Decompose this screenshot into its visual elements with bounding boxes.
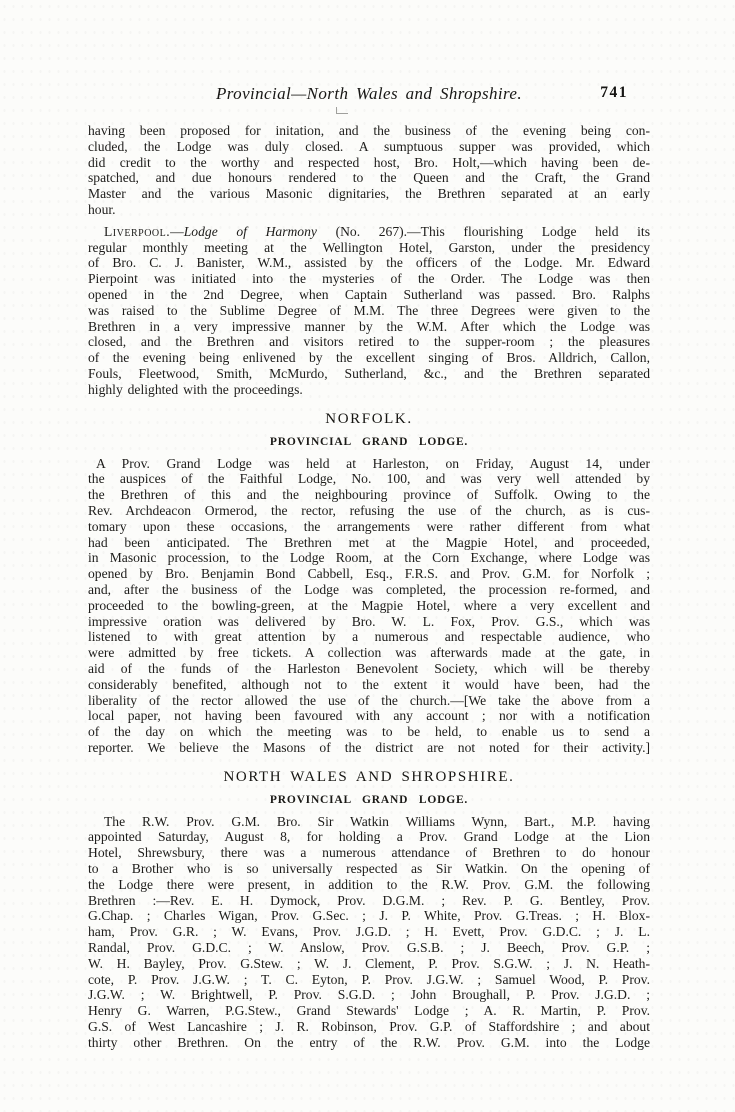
- paragraph: The R.W. Prov. G.M. Bro. Sir Watkin Will…: [88, 814, 650, 1051]
- section-subheading: PROVINCIAL GRAND LODGE.: [88, 794, 650, 806]
- scanned-page: Provincial—North Wales and Shropshire. 7…: [0, 0, 735, 1112]
- text-block: Provincial—North Wales and Shropshire. 7…: [88, 84, 650, 1057]
- section-subheading: PROVINCIAL GRAND LODGE.: [88, 436, 650, 448]
- text-line: regular monthly meeting at the Wellingto…: [88, 240, 650, 256]
- text-line: impressive oration was delivered by Bro.…: [88, 614, 650, 630]
- paragraph: A Prov. Grand Lodge was held at Harlesto…: [88, 456, 650, 756]
- text-line: aid of the funds of the Harleston Benevo…: [88, 661, 650, 677]
- text-line: opened in the 2nd Degree, when Captain S…: [88, 287, 650, 303]
- text-line: G.Chap. ; Charles Wigan, Prov. G.Sec. ; …: [88, 908, 650, 924]
- text-line: cote, P. Prov. J.G.W. ; T. C. Eyton, P. …: [88, 972, 650, 988]
- text-line: Brethren in a very impressive manner by …: [88, 319, 650, 335]
- text-line: ham, Prov. G.R. ; W. Evans, Prov. J.G.D.…: [88, 924, 650, 940]
- text-line: closed, and the Brethren and visitors re…: [88, 334, 650, 350]
- text-line: reporter. We believe the Masons of the d…: [88, 740, 650, 756]
- text-line: thirty other Brethren. On the entry of t…: [88, 1035, 650, 1051]
- text-line: proceeded to the bowling-green, at the M…: [88, 598, 650, 614]
- article-section: having been proposed for initation, and …: [88, 123, 650, 398]
- text-line: and, after the business of the Lodge was…: [88, 582, 650, 598]
- text-line: hour.: [88, 202, 650, 218]
- body-text: having been proposed for initation, and …: [88, 123, 650, 1051]
- text-line: tomary upon these occasions, the arrange…: [88, 519, 650, 535]
- page-number: 741: [600, 84, 628, 102]
- plain-text: (No. 267).—This flourishing Lodge held i…: [317, 224, 650, 239]
- plain-text: —: [170, 224, 184, 239]
- text-line: Master and the various Masonic dignitari…: [88, 186, 650, 202]
- text-line: having been proposed for initation, and …: [88, 123, 650, 139]
- text-line: Liverpool.—Lodge of Harmony (No. 267).—T…: [88, 224, 650, 240]
- article-section: NORTH WALES AND SHROPSHIRE.PROVINCIAL GR…: [88, 769, 650, 1051]
- text-line: had been anticipated. The Brethren met a…: [88, 535, 650, 551]
- lodge-town-smallcaps: Liverpool.: [104, 224, 170, 239]
- text-line: of the evening being enlivened by the ex…: [88, 350, 650, 366]
- scan-artifact: [336, 107, 348, 114]
- text-line: listened to with great attention by a nu…: [88, 629, 650, 645]
- text-line: highly delighted with the proceedings.: [88, 382, 650, 398]
- paragraph: Liverpool.—Lodge of Harmony (No. 267).—T…: [88, 224, 650, 398]
- text-line: G.S. of West Lancashire ; J. R. Robinson…: [88, 1019, 650, 1035]
- text-line: The R.W. Prov. G.M. Bro. Sir Watkin Will…: [88, 814, 650, 830]
- lodge-name-italic: Lodge of Harmony: [184, 224, 317, 239]
- running-title: Provincial—North Wales and Shropshire.: [88, 84, 650, 104]
- text-line: liberality of the rector allowed the use…: [88, 693, 650, 709]
- text-line: W. H. Bayley, Prov. G.Stew. ; W. J. Clem…: [88, 956, 650, 972]
- text-line: local paper, not having been favoured wi…: [88, 708, 650, 724]
- text-line: Henry G. Warren, P.G.Stew., Grand Stewar…: [88, 1003, 650, 1019]
- text-line: Rev. Archdeacon Ormerod, the rector, ref…: [88, 503, 650, 519]
- text-line: opened by Bro. Benjamin Bond Cabbell, Es…: [88, 566, 650, 582]
- text-line: cluded, the Lodge was duly closed. A sum…: [88, 139, 650, 155]
- text-line: Fouls, Fleetwood, Smith, McMurdo, Suther…: [88, 366, 650, 382]
- text-line: of Bro. C. J. Banister, W.M., assisted b…: [88, 255, 650, 271]
- section-heading: NORFOLK.: [88, 411, 650, 428]
- paragraph: having been proposed for initation, and …: [88, 123, 650, 218]
- text-line: Brethren :—Rev. E. H. Dymock, Prov. D.G.…: [88, 893, 650, 909]
- text-line: Randal, Prov. G.D.C. ; W. Anslow, Prov. …: [88, 940, 650, 956]
- text-line: Pierpoint was initiated into the mysteri…: [88, 271, 650, 287]
- text-line: were admitted by free tickets. A collect…: [88, 645, 650, 661]
- text-line: in Masonic procession, to the Lodge Room…: [88, 550, 650, 566]
- section-heading: NORTH WALES AND SHROPSHIRE.: [88, 769, 650, 786]
- text-line: to a Brother who is so universally respe…: [88, 861, 650, 877]
- text-line: Hotel, Shrewsbury, there was a numerous …: [88, 845, 650, 861]
- text-line: the Brethren of this and the neighbourin…: [88, 487, 650, 503]
- article-section: NORFOLK.PROVINCIAL GRAND LODGE.A Prov. G…: [88, 411, 650, 756]
- text-line: of the day on which the meeting was to b…: [88, 724, 650, 740]
- running-head: Provincial—North Wales and Shropshire. 7…: [88, 84, 650, 108]
- text-line: the auspices of the Faithful Lodge, No. …: [88, 471, 650, 487]
- text-line: did credit to the worthy and respected h…: [88, 155, 650, 171]
- text-line: the Lodge there were present, in additio…: [88, 877, 650, 893]
- text-line: J.G.W. ; W. Brightwell, P. Prov. S.G.D. …: [88, 987, 650, 1003]
- text-line: was raised to the Sublime Degree of M.M.…: [88, 303, 650, 319]
- text-line: spatched, and due honours rendered to th…: [88, 170, 650, 186]
- text-line: considerably benefited, although not to …: [88, 677, 650, 693]
- text-line: A Prov. Grand Lodge was held at Harlesto…: [88, 456, 650, 472]
- text-line: appointed Saturday, August 8, for holdin…: [88, 829, 650, 845]
